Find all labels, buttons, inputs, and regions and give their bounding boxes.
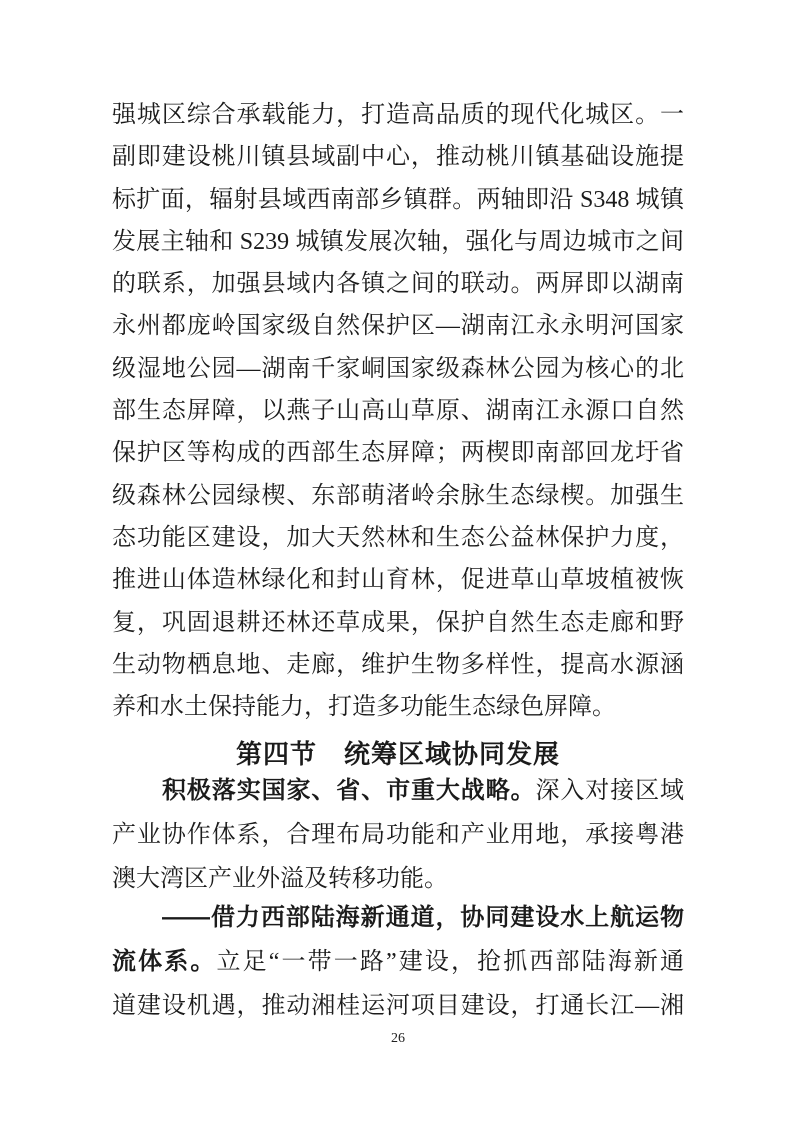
text-line: 生动物栖息地、走廊，维护生物多样性，提高水源涵 [112,644,684,686]
text-line: 部生态屏障，以燕子山高山草原、湖南江永源口自然 [112,390,684,432]
text-line: 级湿地公园—湖南千家峒国家级森林公园为核心的北 [112,348,684,390]
text-line: 流体系。立足“一带一路”建设，抢抓西部陆海新通 [112,940,684,984]
paragraph-urban-ecology: 强城区综合承载能力，打造高品质的现代化城区。一 副即建设桃川镇县域副中心，推动桃… [112,94,684,728]
text-line: 态功能区建设，加大天然林和生态公益林保护力度， [112,517,684,559]
text-line: 级森林公园绿楔、东部萌渚岭余脉生态绿楔。加强生 [112,475,684,517]
text-line: 永州都庞岭国家级自然保护区—湖南江永永明河国家 [112,305,684,347]
lead-bold-text: 积极落实国家、省、市重大战略。 [162,777,536,804]
text-line: 的联系，加强县域内各镇之间的联动。两屏即以湖南 [112,263,684,305]
text-line: 复，巩固退耕还林还草成果，保护自然生态走廊和野 [112,602,684,644]
lead-bold-text: ——借力西部陆海新通道，协同建设水上航运物 [162,904,684,931]
text-line: 积极落实国家、省、市重大战略。深入对接区域 [112,769,684,813]
paragraph-land-sea-corridor: ——借力西部陆海新通道，协同建设水上航运物 流体系。立足“一带一路”建设，抢抓西… [112,896,684,1028]
body-text: 深入对接区域 [536,778,685,804]
page-number: 26 [112,1031,684,1047]
document-page: 强城区综合承载能力，打造高品质的现代化城区。一 副即建设桃川镇县域副中心，推动桃… [0,0,793,1122]
body-text: 立足“一带一路”建设，抢抓西部陆海新通 [217,949,685,975]
text-line: 养和水土保持能力，打造多功能生态绿色屏障。 [112,686,684,728]
text-line: 保护区等构成的西部生态屏障；两楔即南部回龙圩省 [112,432,684,474]
text-line: 推进山体造林绿化和封山育林，促进草山草坡植被恢 [112,559,684,601]
text-line: 发展主轴和 S239 城镇发展次轴，强化与周边城市之间 [112,221,684,263]
text-line: 副即建设桃川镇县域副中心，推动桃川镇基础设施提 [112,136,684,178]
text-line: ——借力西部陆海新通道，协同建设水上航运物 [112,896,684,940]
text-line: 道建设机遇，推动湘桂运河项目建设，打通长江—湘 [112,984,684,1028]
text-line: 标扩面，辐射县域西南部乡镇群。两轴即沿 S348 城镇 [112,179,684,221]
paragraph-major-strategies: 积极落实国家、省、市重大战略。深入对接区域 产业协作体系，合理布局功能和产业用地… [112,769,684,901]
lead-bold-text: 流体系。 [112,948,217,975]
text-line: 澳大湾区产业外溢及转移功能。 [112,857,684,901]
text-line: 产业协作体系，合理布局功能和产业用地，承接粤港 [112,813,684,857]
text-line: 强城区综合承载能力，打造高品质的现代化城区。一 [112,94,684,136]
